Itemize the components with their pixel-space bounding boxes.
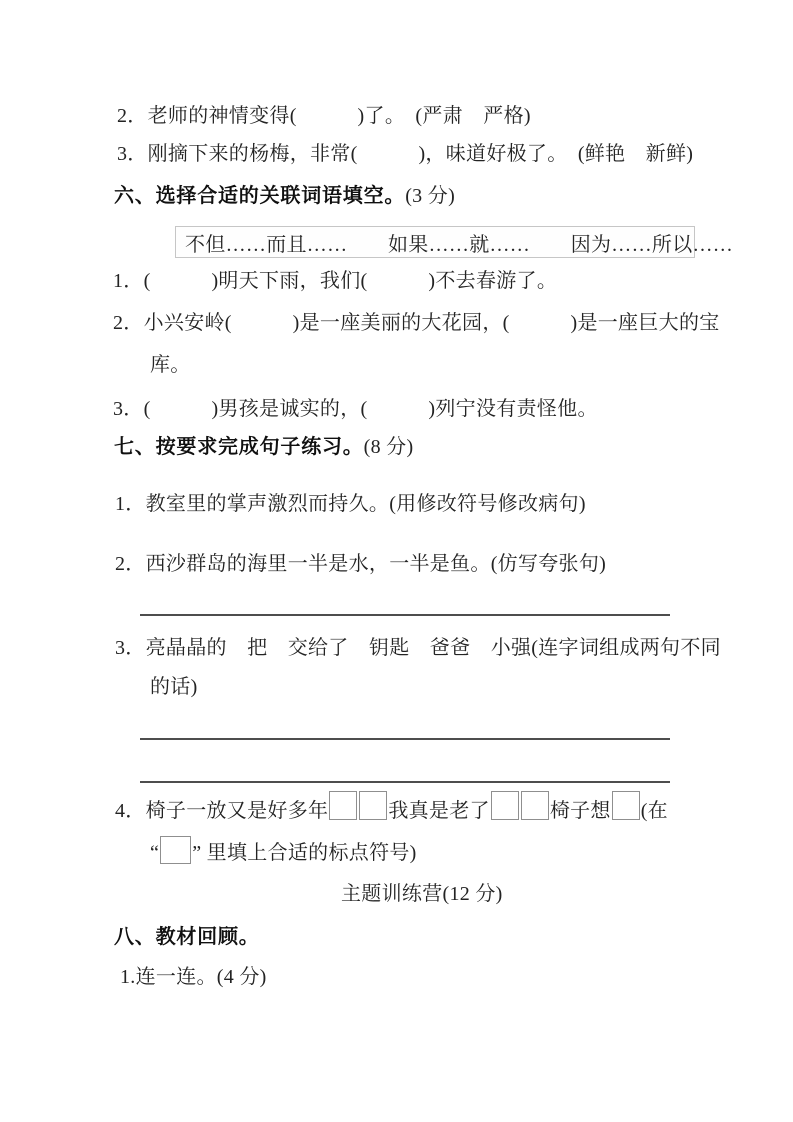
punctuation-box bbox=[612, 791, 640, 820]
answer-blank-line-3 bbox=[140, 781, 670, 783]
q6-item2-line1: 2．小兴安岭( )是一座美丽的大花园，( )是一座巨大的宝 bbox=[113, 310, 720, 337]
answer-blank-line-2 bbox=[140, 738, 670, 740]
word-bank-options: 不但……而且…… 如果……就…… 因为……所以…… bbox=[185, 228, 733, 257]
section-six-heading-text: 六、选择合适的关联词语填空。 bbox=[114, 185, 405, 207]
section-seven-heading: 七、按要求完成句子练习。(8 分) bbox=[114, 434, 413, 461]
q5-item2: 2．老师的神情变得( )了。 (严肃 严格) bbox=[117, 103, 531, 130]
q8-item1: 1.连一连。(4 分) bbox=[120, 964, 267, 991]
q6-item3: 3．( )男孩是诚实的，( )列宁没有责怪他。 bbox=[113, 396, 598, 423]
section-eight-heading: 八、教材回顾。 bbox=[114, 924, 260, 951]
q7-item1: 1．教室里的掌声激烈而持久。(用修改符号修改病句) bbox=[115, 491, 586, 518]
punctuation-box bbox=[329, 791, 357, 820]
q7-item3-line2: 的话) bbox=[150, 674, 198, 701]
punctuation-box bbox=[521, 791, 549, 820]
q7-item4-seg4: (在 bbox=[641, 798, 668, 824]
section-seven-score: (8 分) bbox=[364, 436, 414, 458]
q6-item1: 1．( )明天下雨，我们( )不去春游了。 bbox=[113, 268, 557, 295]
worksheet-page: 2．老师的神情变得( )了。 (严肃 严格) 3．刚摘下来的杨梅，非常( )，味… bbox=[0, 0, 793, 1122]
punctuation-box bbox=[491, 791, 519, 820]
mid-title: 主题训练营(12 分) bbox=[341, 881, 503, 908]
close-quote: ” bbox=[192, 840, 201, 866]
q7-item4-line2-text: 里填上合适的标点符号) bbox=[201, 840, 416, 866]
section-seven-heading-text: 七、按要求完成句子练习。 bbox=[114, 436, 364, 458]
q7-item4-seg2: 我真是老了 bbox=[388, 798, 490, 824]
q7-item4-line2: “” 里填上合适的标点符号) bbox=[150, 836, 417, 866]
q7-item4-seg1: 4．椅子一放又是好多年 bbox=[115, 798, 328, 824]
section-six-score: (3 分) bbox=[405, 185, 455, 207]
q7-item3-line1: 3．亮晶晶的 把 交给了 钥匙 爸爸 小强(连字词组成两句不同 bbox=[115, 635, 721, 662]
section-six-heading: 六、选择合适的关联词语填空。(3 分) bbox=[114, 183, 455, 210]
punctuation-box bbox=[160, 836, 191, 864]
q5-item3: 3．刚摘下来的杨梅，非常( )，味道好极了。 (鲜艳 新鲜) bbox=[117, 141, 693, 168]
answer-blank-line-1 bbox=[140, 614, 670, 616]
open-quote: “ bbox=[150, 840, 159, 866]
q7-item4-seg3: 椅子想 bbox=[550, 798, 611, 824]
q7-item2: 2．西沙群岛的海里一半是水，一半是鱼。(仿写夸张句) bbox=[115, 551, 606, 578]
q7-item4-line1: 4．椅子一放又是好多年我真是老了椅子想(在 bbox=[115, 791, 668, 824]
word-bank-box: 不但……而且…… 如果……就…… 因为……所以…… bbox=[175, 226, 695, 258]
q6-item2-line2: 库。 bbox=[150, 352, 191, 379]
punctuation-box bbox=[359, 791, 387, 820]
